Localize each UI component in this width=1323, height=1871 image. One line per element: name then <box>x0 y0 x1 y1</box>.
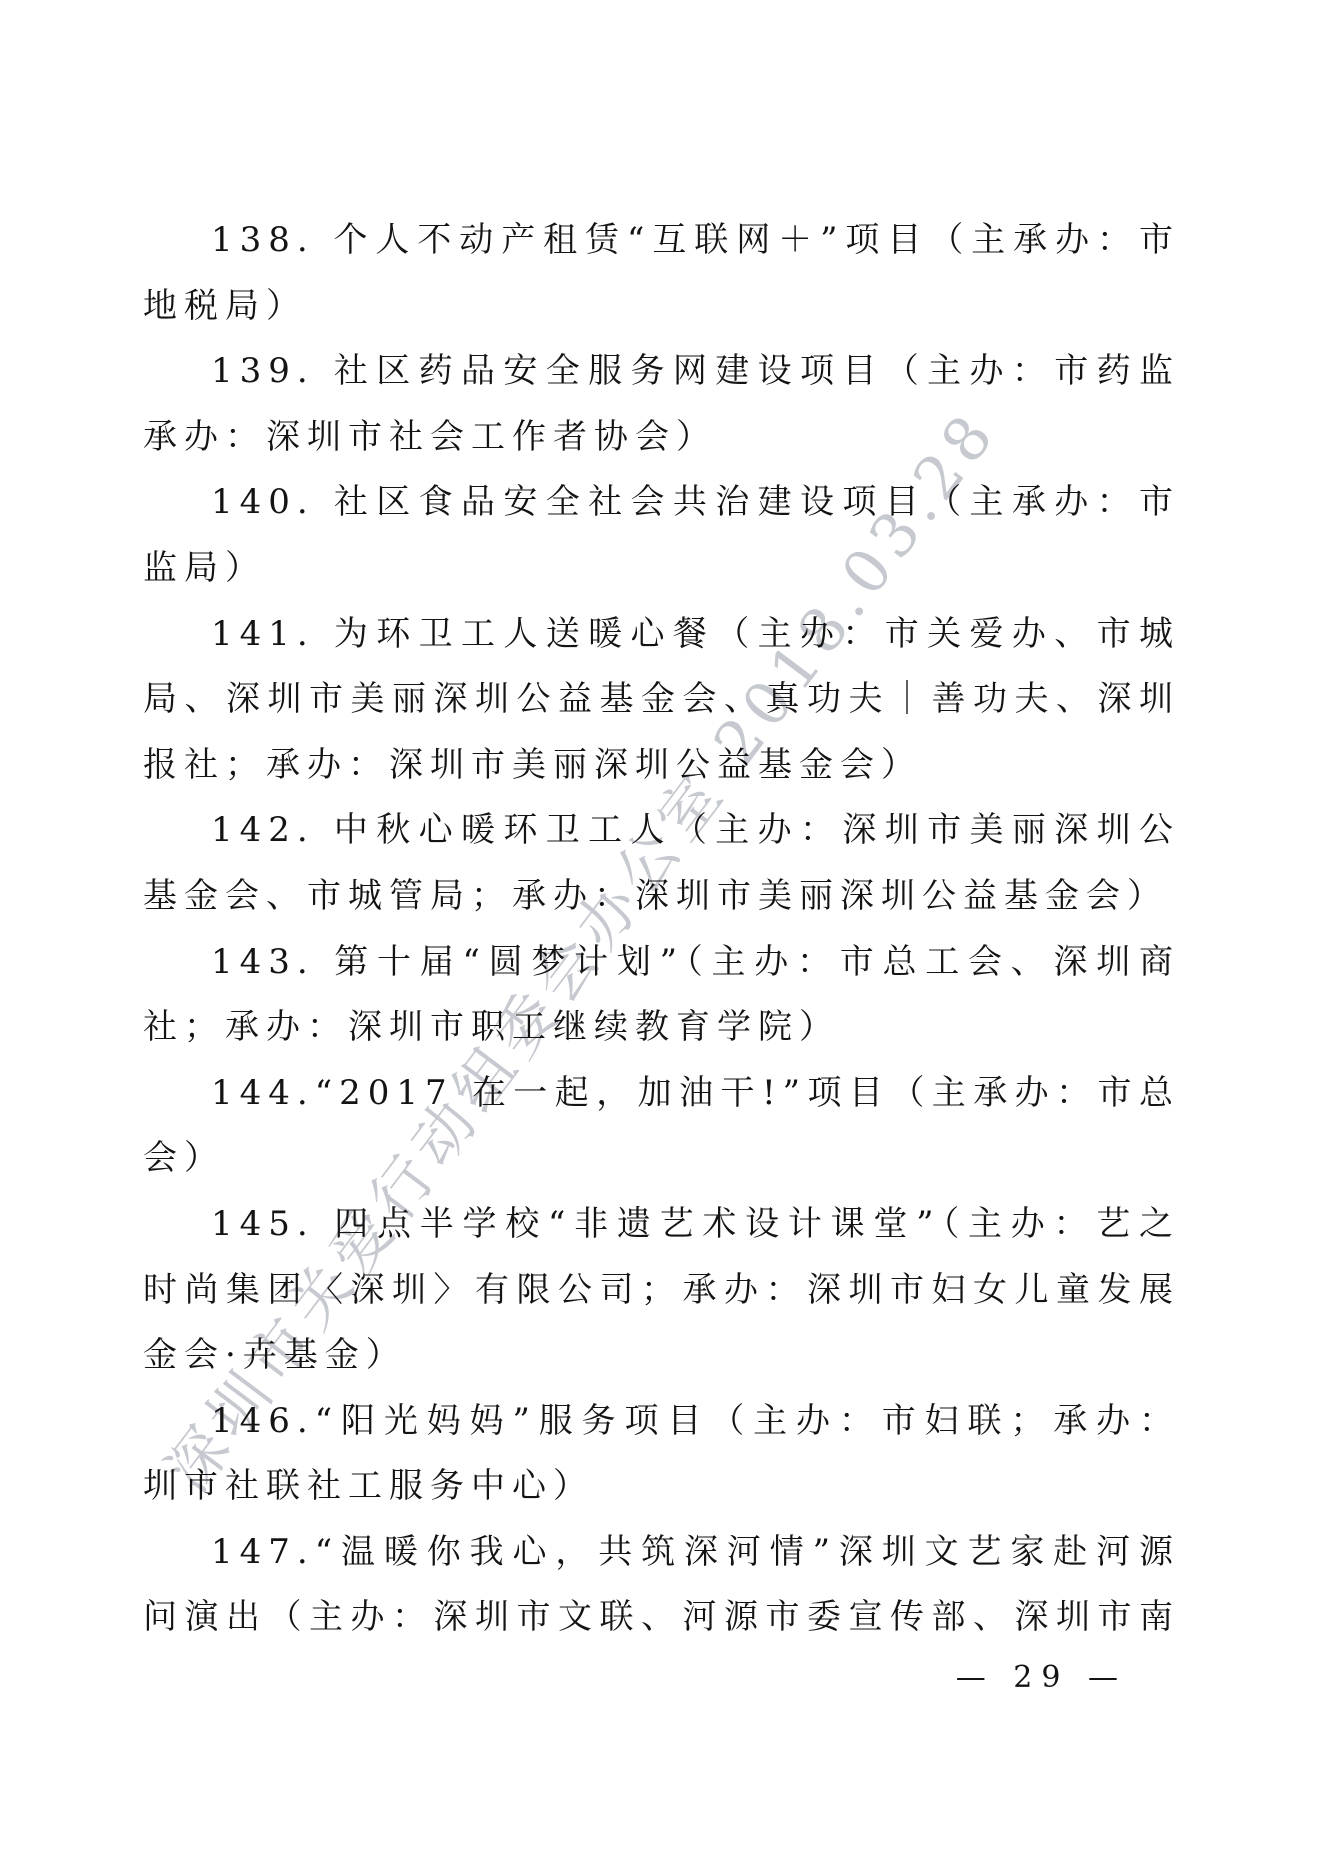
text-line-139: 139. 社区药品安全服务网建设项目（主办：市药监局； <box>143 339 1180 405</box>
text-line-145: 金会·卉基金） <box>143 1323 1180 1389</box>
text-line-144: 会） <box>143 1126 1180 1192</box>
text-line-145: 145. 四点半学校“非遗艺术设计课堂”（主办：艺之卉 <box>143 1192 1180 1258</box>
text-line-147: 问演出（主办：深圳市文联、河源市委宣传部、深圳市南山 <box>143 1585 1180 1651</box>
text-line-139: 承办：深圳市社会工作者协会） <box>143 405 1180 471</box>
document-page: 深圳市关爱行动组委会办公室 2018.03.28 138. 个人不动产租赁“互联… <box>0 0 1323 1871</box>
text-line-145: 时尚集团〈深圳〉有限公司；承办：深圳市妇女儿童发展基 <box>143 1258 1180 1324</box>
text-line-147: 147.“温暖你我心，共筑深河情”深圳文艺家赴河源慰 <box>143 1520 1180 1586</box>
text-line-141: 局、深圳市美丽深圳公益基金会、真功夫｜善功夫、深圳晚 <box>143 667 1180 733</box>
text-line-143: 社；承办：深圳市职工继续教育学院） <box>143 995 1180 1061</box>
text-line-141: 141. 为环卫工人送暖心餐（主办：市关爱办、市城管 <box>143 602 1180 668</box>
text-line-141: 报社；承办：深圳市美丽深圳公益基金会） <box>143 733 1180 799</box>
text-line-146: 圳市社联社工服务中心） <box>143 1454 1180 1520</box>
text-line-138: 地税局） <box>143 274 1180 340</box>
text-line-146: 146.“阳光妈妈”服务项目（主办：市妇联；承办：深 <box>143 1389 1180 1455</box>
text-line-142: 142. 中秋心暖环卫工人（主办：深圳市美丽深圳公益 <box>143 798 1180 864</box>
text-line-138: 138. 个人不动产租赁“互联网＋”项目（主承办：市 <box>143 208 1180 274</box>
text-line-143: 143. 第十届“圆梦计划”（主办：市总工会、深圳商报 <box>143 930 1180 996</box>
text-line-142: 基金会、市城管局；承办：深圳市美丽深圳公益基金会） <box>143 864 1180 930</box>
document-body: 138. 个人不动产租赁“互联网＋”项目（主承办：市地税局）139. 社区药品安… <box>143 208 1180 1651</box>
text-line-140: 监局） <box>143 536 1180 602</box>
text-line-144: 144.“2017 在一起，加油干!”项目（主承办：市总工 <box>143 1061 1180 1127</box>
page-number: — 29 — <box>956 1660 1127 1695</box>
text-line-140: 140. 社区食品安全社会共治建设项目（主承办：市药 <box>143 470 1180 536</box>
